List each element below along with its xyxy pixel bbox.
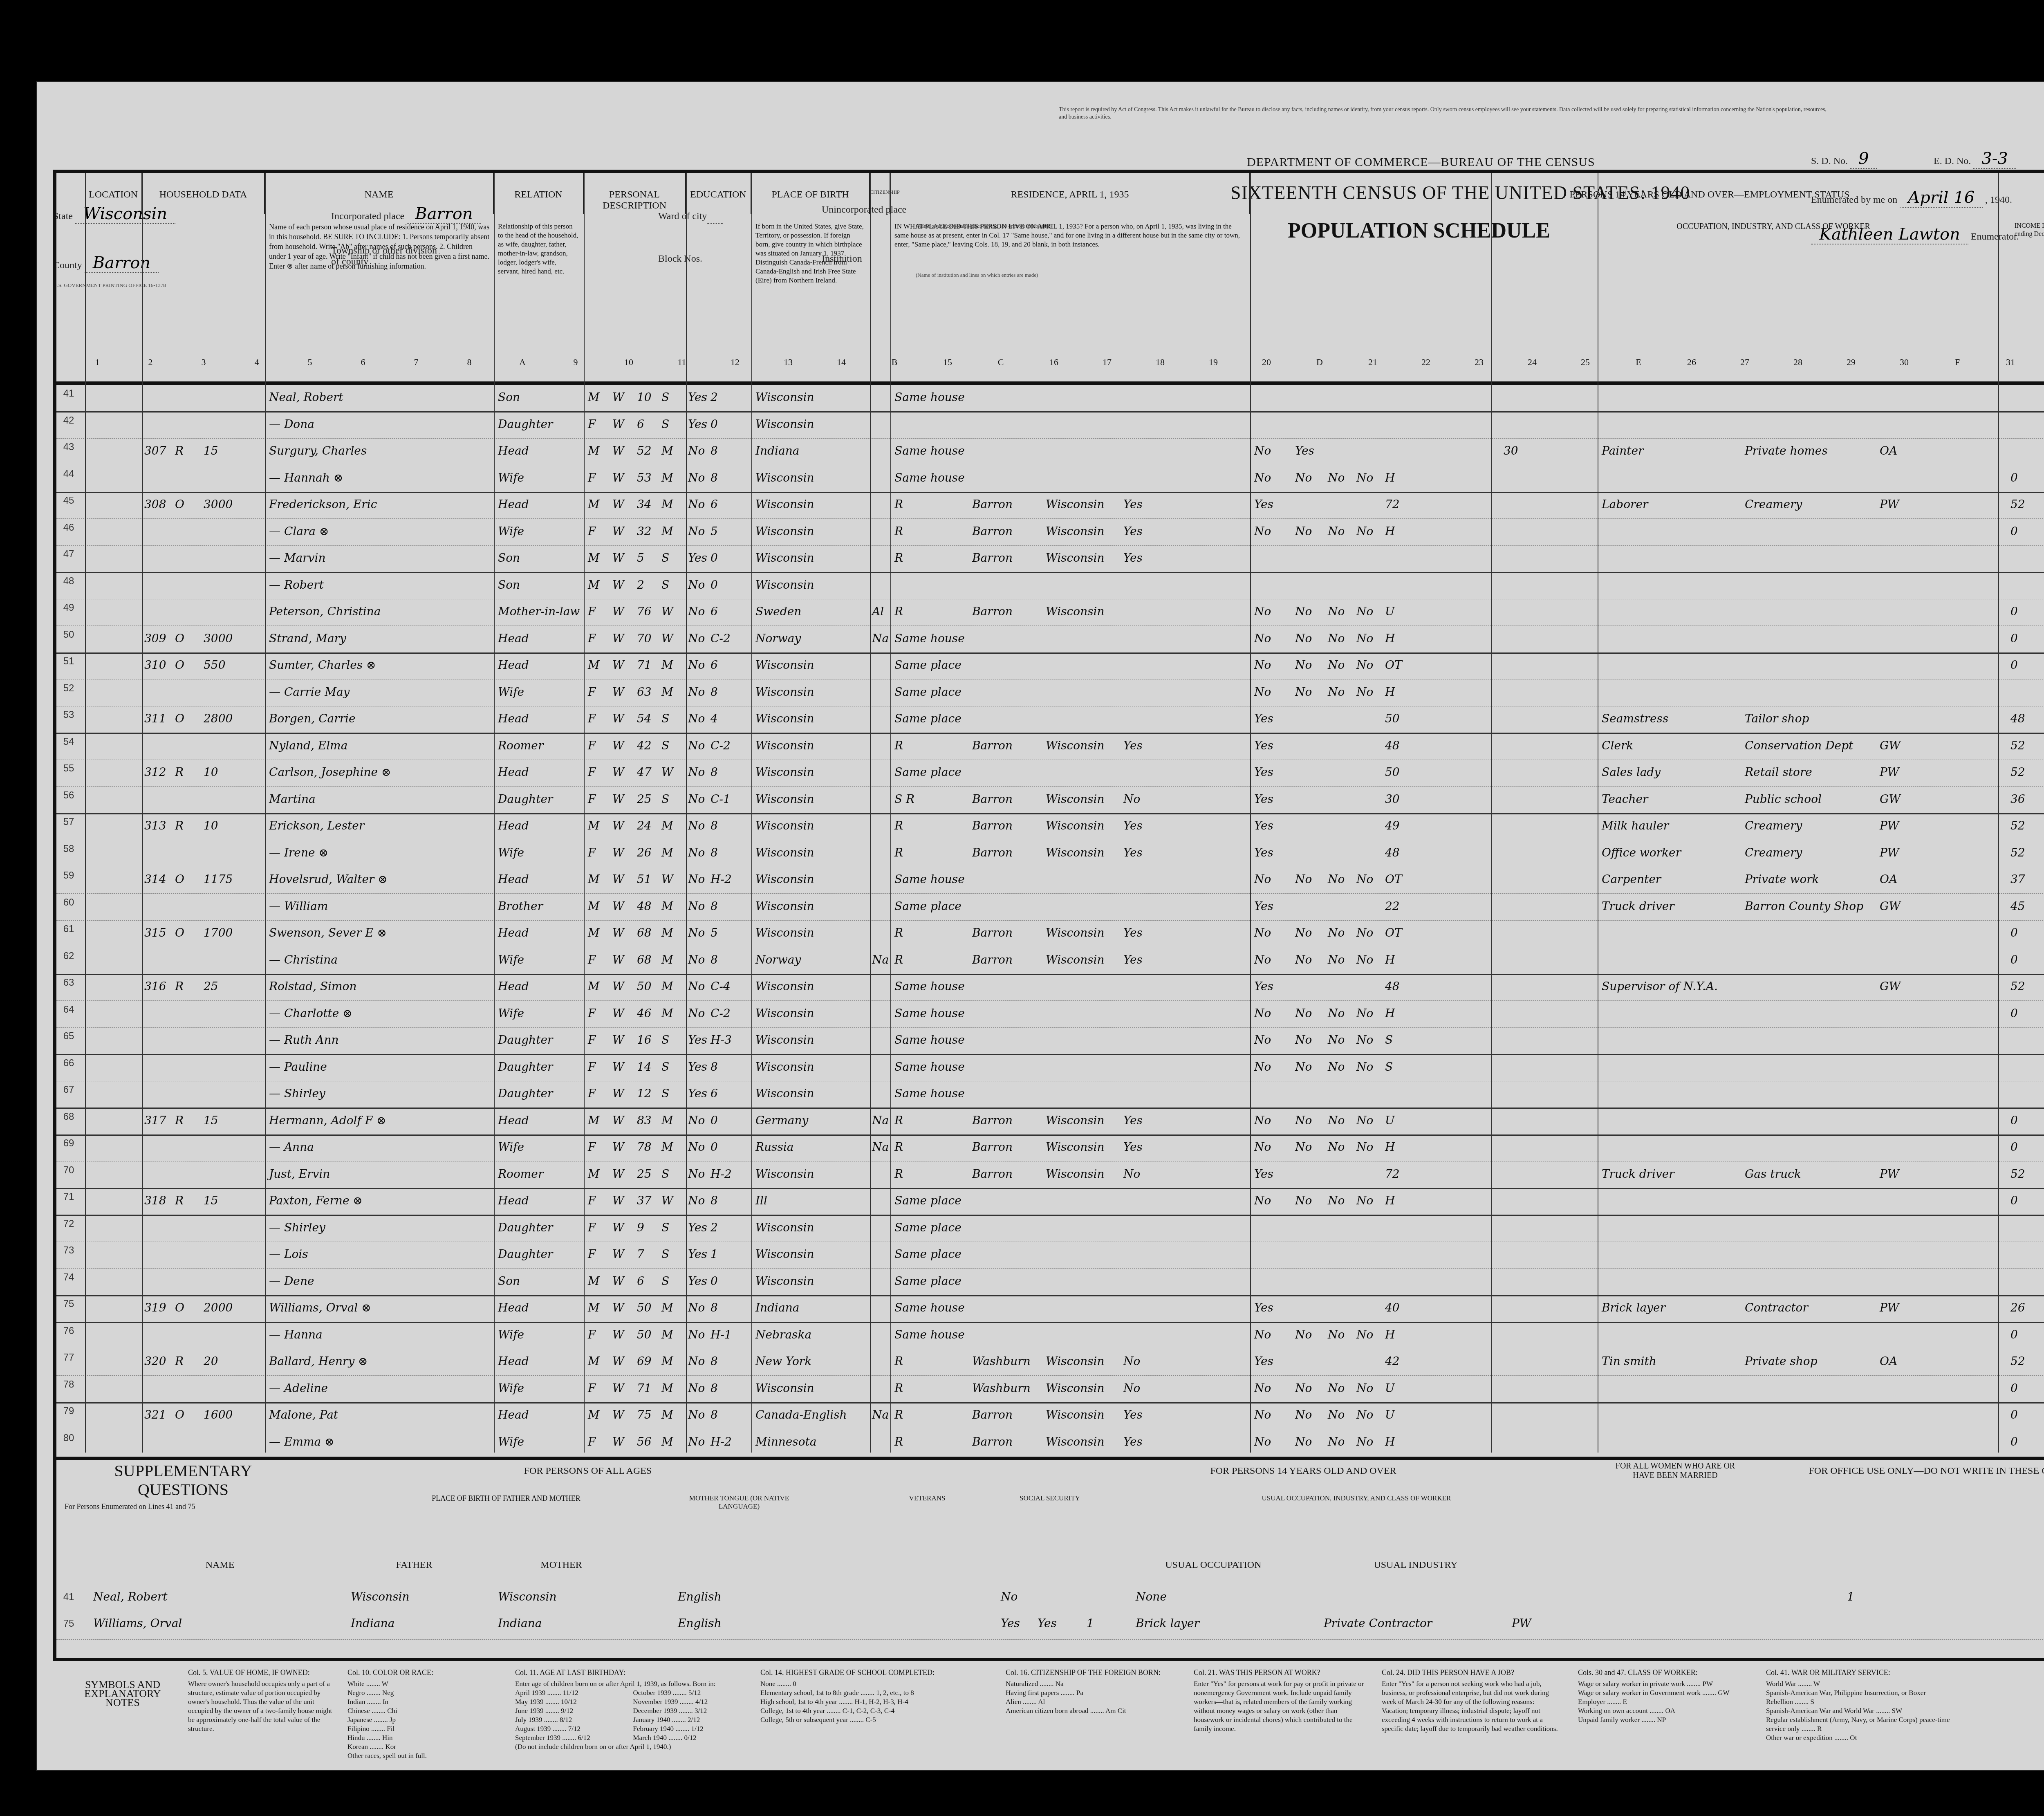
race: W — [612, 846, 624, 859]
marital-status: M — [661, 926, 673, 939]
home-tenure: O — [175, 926, 184, 939]
suppl-mother-label: MOTHER — [490, 1560, 633, 1571]
race: W — [612, 1301, 624, 1314]
person-name: Paxton, Ferne ⊗ — [269, 1194, 363, 1207]
at-work: Yes — [1254, 899, 1273, 913]
residence-county: Barron — [972, 926, 1013, 939]
race: W — [612, 1007, 624, 1020]
school-attendance: No — [688, 632, 705, 645]
age: 75 — [637, 1408, 652, 1421]
birthplace: Wisconsin — [755, 765, 814, 779]
note-item: April 1939 ........ 11/12 — [515, 1688, 626, 1697]
school-attendance: No — [688, 1007, 705, 1020]
person-name: — Dene — [269, 1274, 314, 1288]
column-number: 15 — [939, 357, 956, 368]
line-number: 56 — [61, 790, 77, 801]
ss-header: SOCIAL SECURITY — [997, 1494, 1103, 1502]
grade-completed: H-2 — [710, 872, 732, 886]
column-number: 1 — [89, 357, 105, 368]
hours-code: 50 — [1385, 765, 1400, 779]
note-item: February 1940 ........ 1/12 — [633, 1724, 744, 1733]
line-number: 76 — [61, 1325, 77, 1337]
on-farm: Yes — [1123, 525, 1143, 538]
race: W — [612, 1114, 624, 1127]
grade-completed: 8 — [710, 899, 718, 913]
residence-state: Wisconsin — [1046, 739, 1105, 752]
at-work: Yes — [1254, 712, 1273, 725]
birthplace: Wisconsin — [755, 1274, 814, 1288]
relation: Head — [498, 1114, 529, 1127]
person-name: — Shirley — [269, 1221, 325, 1234]
hours-code: 48 — [1385, 739, 1400, 752]
at-work: Yes — [1254, 846, 1273, 859]
race: W — [612, 765, 624, 779]
note-item: College, 5th or subsequent year ........… — [760, 1715, 989, 1724]
seeking-work: No — [1295, 1007, 1312, 1020]
table-row: 5353311O2800Borgen, CarrieHeadFW54SNo4Wi… — [56, 706, 2044, 734]
veterans-header: VETERANS — [866, 1494, 988, 1502]
note-item: Negro ........ Neg — [347, 1688, 503, 1697]
has-job: No — [1328, 605, 1345, 618]
table-row: 6464— Charlotte ⊗WifeFW46MNoC-2Wisconsin… — [56, 1001, 2044, 1028]
dwelling-number: 308 — [144, 498, 166, 511]
has-job: No — [1328, 1408, 1345, 1421]
on-farm: No — [1123, 792, 1140, 806]
grade-completed: 8 — [710, 1381, 718, 1395]
sex: F — [588, 1033, 596, 1047]
school-attendance: No — [688, 498, 705, 511]
suppl-usual-industry: Private Contractor — [1324, 1616, 1432, 1630]
grade-completed: 0 — [710, 1114, 718, 1127]
weeks-worked: 0 — [2010, 525, 2018, 538]
residence-1935: Same house — [894, 632, 965, 645]
home-value: 15 — [204, 1114, 218, 1127]
relation: Wife — [498, 1140, 524, 1154]
department-title: DEPARTMENT OF COMMERCE—BUREAU OF THE CEN… — [1247, 155, 1595, 169]
residence-1935: Same house — [894, 1060, 965, 1074]
residence-state: Wisconsin — [1046, 1381, 1105, 1395]
has-job: No — [1328, 1140, 1345, 1154]
occupation: Sales lady — [1602, 765, 1661, 779]
supplementary-row: 75 Williams, Orval Indiana Indiana Engli… — [56, 1615, 2044, 1640]
income-column-note: INCOME IN 1939 (12 months ending Decembe… — [2015, 222, 2044, 238]
birthplace: Wisconsin — [755, 1381, 814, 1395]
on-farm: Yes — [1123, 1435, 1143, 1448]
person-name: Malone, Pat — [269, 1408, 338, 1421]
relation: Head — [498, 498, 529, 511]
group-14-over: FOR PERSONS 14 YEARS OLD AND OVER — [997, 1466, 1610, 1477]
person-name: Carlson, Josephine ⊗ — [269, 765, 391, 779]
column-divider — [751, 173, 752, 1453]
ed-value: 3-3 — [1973, 149, 2016, 169]
residence-1935: Same house — [894, 1328, 965, 1341]
column-number: 7 — [408, 357, 424, 368]
person-name: — Lois — [269, 1247, 308, 1261]
explanatory-notes: SYMBOLS AND EXPLANATORY NOTES Col. 5. VA… — [82, 1668, 2044, 1762]
hours-code: 48 — [1385, 980, 1400, 993]
line-number: 52 — [61, 683, 77, 694]
group-personal: PERSONAL DESCRIPTION — [584, 173, 686, 214]
grade-completed: 8 — [710, 471, 718, 484]
seeking-work: No — [1295, 1408, 1312, 1421]
birthplace: Wisconsin — [755, 926, 814, 939]
person-name: — Charlotte ⊗ — [269, 1007, 352, 1020]
birthplace: Wisconsin — [755, 1087, 814, 1100]
person-name: Surgury, Charles — [269, 444, 367, 457]
citizenship: Na — [872, 1114, 889, 1127]
at-work: Yes — [1254, 792, 1273, 806]
activity: No — [1356, 605, 1373, 618]
age: 50 — [637, 1301, 652, 1314]
line-number: 73 — [61, 1245, 77, 1256]
line-number: 46 — [61, 522, 77, 534]
at-work: No — [1254, 926, 1271, 939]
residence-state: Wisconsin — [1046, 1435, 1105, 1448]
marital-status: M — [661, 819, 673, 832]
birthplace: Wisconsin — [755, 1060, 814, 1074]
relation: Head — [498, 658, 529, 672]
grade-completed: 6 — [710, 1087, 718, 1100]
age: 76 — [637, 605, 652, 618]
column-number: 19 — [1205, 357, 1221, 368]
occupation: Painter — [1602, 444, 1643, 457]
marital-status: S — [661, 712, 669, 725]
home-value: 10 — [204, 819, 218, 832]
relation: Head — [498, 872, 529, 886]
hours-code: 42 — [1385, 1354, 1400, 1368]
table-row: 6161315O1700Swenson, Sever E ⊗HeadMW68MN… — [56, 920, 2044, 947]
marital-status: W — [661, 765, 673, 779]
column-number: 14 — [833, 357, 849, 368]
column-number: 18 — [1152, 357, 1168, 368]
industry: Private work — [1745, 872, 1819, 886]
dwelling-number: 315 — [144, 926, 166, 939]
table-row: 6565— Ruth AnnDaughterFW16SYesH-3Wiscons… — [56, 1027, 2044, 1055]
race: W — [612, 1381, 624, 1395]
birthplace: Wisconsin — [755, 498, 814, 511]
table-row: 7676— HannaWifeFW50MNoH-1NebraskaSame ho… — [56, 1322, 2044, 1349]
column-divider — [1998, 173, 1999, 1453]
column-number: 27 — [1737, 357, 1753, 368]
grade-completed: 8 — [710, 1354, 718, 1368]
sex: M — [588, 444, 600, 457]
industry: Creamery — [1745, 846, 1802, 859]
marital-status: M — [661, 899, 673, 913]
at-work: No — [1254, 605, 1271, 618]
has-job: No — [1328, 1033, 1345, 1047]
note-item: Regular establishment (Army, Navy, or Ma… — [1766, 1715, 1954, 1733]
line-number: 72 — [61, 1218, 77, 1230]
note-item: College, 1st to 4th year ........ C-1, C… — [760, 1706, 989, 1715]
activity: No — [1356, 685, 1373, 699]
line-number: 58 — [61, 843, 77, 855]
note-item: Alien ........ Al — [1006, 1697, 1177, 1706]
birthplace: Russia — [755, 1140, 794, 1154]
line-number: 54 — [61, 736, 77, 748]
sex: F — [588, 712, 596, 725]
birthplace: Wisconsin — [755, 685, 814, 699]
race: W — [612, 980, 624, 993]
marital-status: M — [661, 1354, 673, 1368]
on-farm: No — [1123, 1167, 1140, 1181]
line-number: 61 — [61, 924, 77, 935]
school-attendance: No — [688, 1167, 705, 1181]
home-value: 10 — [204, 765, 218, 779]
sex: M — [588, 1354, 600, 1368]
hours-code: H — [1385, 632, 1395, 645]
home-tenure: R — [175, 980, 184, 993]
sex: M — [588, 819, 600, 832]
marital-status: M — [661, 471, 673, 484]
has-job: No — [1328, 1060, 1345, 1074]
weeks-worked: 0 — [2010, 1435, 2018, 1448]
hours-code: H — [1385, 1140, 1395, 1154]
weeks-worked: 0 — [2010, 605, 2018, 618]
school-attendance: No — [688, 899, 705, 913]
seeking-work: No — [1295, 1194, 1312, 1207]
occupation: Carpenter — [1602, 872, 1661, 886]
birthplace: Wisconsin — [755, 899, 814, 913]
sex: F — [588, 471, 596, 484]
sex: M — [588, 498, 600, 511]
birthplace: Wisconsin — [755, 1247, 814, 1261]
birthplace: Wisconsin — [755, 390, 814, 404]
residence-1935: Same place — [894, 712, 961, 725]
hours-code: H — [1385, 1435, 1395, 1448]
column-number: 12 — [727, 357, 743, 368]
relation: Head — [498, 1194, 529, 1207]
class-of-worker: PW — [1880, 846, 1899, 859]
age: 6 — [637, 417, 644, 431]
age: 24 — [637, 819, 652, 832]
birthplace: Indiana — [755, 444, 799, 457]
relation-column-note: Relationship of this person to the head … — [498, 222, 580, 276]
column-number: 8 — [461, 357, 477, 368]
residence-1935: Same house — [894, 980, 965, 993]
name-column-note: Name of each person whose usual place of… — [269, 222, 490, 271]
activity: No — [1356, 1114, 1373, 1127]
residence-1935: R — [894, 739, 903, 752]
grade-completed: 6 — [710, 605, 718, 618]
sex: F — [588, 1247, 596, 1261]
column-divider — [265, 173, 266, 1453]
at-work: No — [1254, 872, 1271, 886]
hours-code: H — [1385, 1194, 1395, 1207]
birthplace: Wisconsin — [755, 1007, 814, 1020]
hours-code: 49 — [1385, 819, 1400, 832]
line-number: 47 — [61, 549, 77, 560]
race: W — [612, 1328, 624, 1341]
residence-1935: Same house — [894, 1033, 965, 1047]
school-attendance: No — [688, 926, 705, 939]
person-name: Neal, Robert — [269, 390, 343, 404]
column-divider — [1491, 173, 1492, 1453]
relation: Wife — [498, 685, 524, 699]
grade-completed: H-2 — [710, 1435, 732, 1448]
race: W — [612, 605, 624, 618]
note-col10: Col. 10. COLOR OR RACE:White ........ WN… — [347, 1668, 503, 1760]
sex: F — [588, 765, 596, 779]
school-attendance: No — [688, 953, 705, 966]
grade-completed: 0 — [710, 551, 718, 565]
on-farm: Yes — [1123, 846, 1143, 859]
class-of-worker: OA — [1880, 1354, 1897, 1368]
seeking-work: No — [1295, 471, 1312, 484]
column-number: 20 — [1258, 357, 1275, 368]
citizenship: Al — [872, 605, 884, 618]
citizenship: Na — [872, 953, 889, 966]
at-work: No — [1254, 1194, 1271, 1207]
table-row: 7777320R20Ballard, Henry ⊗HeadMW69MNo8Ne… — [56, 1349, 2044, 1376]
hours-code: 48 — [1385, 846, 1400, 859]
line-number: 77 — [61, 1352, 77, 1363]
occupation: Truck driver — [1602, 899, 1674, 913]
line-number: 80 — [61, 1433, 77, 1444]
residence-county: Washburn — [972, 1381, 1031, 1395]
relation: Roomer — [498, 1167, 543, 1181]
table-row: 5757313R10Erickson, LesterHeadMW24MNo8Wi… — [56, 813, 2044, 840]
sex: M — [588, 899, 600, 913]
home-tenure: R — [175, 1114, 184, 1127]
table-row: 7979321O1600Malone, PatHeadMW75MNo8Canad… — [56, 1402, 2044, 1429]
at-work: Yes — [1254, 819, 1273, 832]
age: 83 — [637, 1114, 652, 1127]
birthplace: Wisconsin — [755, 551, 814, 565]
at-work: Yes — [1254, 1167, 1273, 1181]
note-item: High school, 1st to 4th year ........ H-… — [760, 1697, 989, 1706]
activity: No — [1356, 471, 1373, 484]
note-item: December 1939 ........ 3/12 — [633, 1706, 744, 1715]
sex: F — [588, 1140, 596, 1154]
residence-county: Barron — [972, 739, 1013, 752]
line-number: 78 — [61, 1379, 77, 1390]
relation: Head — [498, 712, 529, 725]
dwelling-number: 319 — [144, 1301, 166, 1314]
relation: Daughter — [498, 1060, 553, 1074]
group-household: HOUSEHOLD DATA — [142, 173, 265, 214]
birthplace: Sweden — [755, 605, 801, 618]
school-attendance: Yes — [688, 1274, 707, 1288]
race: W — [612, 1194, 624, 1207]
relation: Head — [498, 819, 529, 832]
home-value: 15 — [204, 444, 218, 457]
note-item: World War ........ W — [1766, 1679, 1954, 1688]
person-name: Sumter, Charles ⊗ — [269, 658, 376, 672]
marital-status: S — [661, 1247, 669, 1261]
seeking-work: No — [1295, 1435, 1312, 1448]
school-attendance: Yes — [688, 1060, 707, 1074]
seeking-work: No — [1295, 1381, 1312, 1395]
dwelling-number: 309 — [144, 632, 166, 645]
marital-status: S — [661, 792, 669, 806]
relation: Mother-in-law — [498, 605, 580, 618]
sex: M — [588, 551, 600, 565]
person-name: — Anna — [269, 1140, 314, 1154]
grade-completed: C-4 — [710, 980, 731, 993]
relation: Son — [498, 551, 520, 565]
supplementary-questions: SUPPLEMENTARY QUESTIONS For Persons Enum… — [53, 1453, 2044, 1661]
home-tenure: R — [175, 819, 184, 832]
weeks-worked: 52 — [2010, 498, 2025, 511]
dwelling-number: 317 — [144, 1114, 166, 1127]
residence-1935: R — [894, 1354, 903, 1368]
seeking-work: No — [1295, 1060, 1312, 1074]
home-value: 2000 — [204, 1301, 233, 1314]
column-number: 30 — [1896, 357, 1912, 368]
has-job: No — [1328, 525, 1345, 538]
class-of-worker: GW — [1880, 792, 1901, 806]
age: 26 — [637, 846, 652, 859]
residence-1935: Same place — [894, 685, 961, 699]
marital-status: W — [661, 632, 673, 645]
home-tenure: R — [175, 444, 184, 457]
residence-1935: Same house — [894, 872, 965, 886]
age: 50 — [637, 1328, 652, 1341]
dwelling-number: 314 — [144, 872, 166, 886]
occupation: Office worker — [1602, 846, 1681, 859]
notes-title: SYMBOLS AND EXPLANATORY NOTES — [82, 1680, 164, 1707]
at-work: No — [1254, 1114, 1271, 1127]
person-name: Frederickson, Eric — [269, 498, 377, 511]
group-all-ages: FOR PERSONS OF ALL AGES — [343, 1466, 833, 1477]
column-number: 4 — [249, 357, 265, 368]
class-of-worker: GW — [1880, 739, 1901, 752]
residence-1935: R — [894, 1381, 903, 1395]
note-item: Hindu ........ Hin — [347, 1733, 503, 1742]
table-row: 4848— RobertSonMW2SNo0Wisconsin — [56, 572, 2044, 599]
note-item: March 1940 ........ 0/12 — [633, 1733, 744, 1742]
home-tenure: R — [175, 765, 184, 779]
birthplace: Indiana — [755, 1301, 799, 1314]
birthplace: Wisconsin — [755, 658, 814, 672]
residence-state: Wisconsin — [1046, 525, 1105, 538]
birthplace: Wisconsin — [755, 471, 814, 484]
suppl-mother-birth: Wisconsin — [498, 1590, 557, 1603]
residence-1935: Same house — [894, 1087, 965, 1100]
group-birthplace: PLACE OF BIRTH — [751, 173, 870, 214]
age: 63 — [637, 685, 652, 699]
race: W — [612, 792, 624, 806]
age: 78 — [637, 1140, 652, 1154]
line-number: 59 — [61, 870, 77, 881]
sex: F — [588, 685, 596, 699]
school-attendance: No — [688, 1301, 705, 1314]
occupation: Milk hauler — [1602, 819, 1669, 832]
birthplace: Canada-English — [755, 1408, 847, 1421]
class-of-worker: PW — [1880, 1167, 1899, 1181]
person-name: Strand, Mary — [269, 632, 346, 645]
residence-1935: Same place — [894, 1247, 961, 1261]
marital-status: M — [661, 953, 673, 966]
has-job: No — [1328, 1114, 1345, 1127]
suppl-mother-birth: Indiana — [498, 1616, 542, 1630]
birthplace: Ill — [755, 1194, 767, 1207]
hours-code: 50 — [1385, 712, 1400, 725]
school-attendance: No — [688, 712, 705, 725]
person-name: — Pauline — [269, 1060, 327, 1074]
residence-state: Wisconsin — [1046, 819, 1105, 832]
suppl-usual-occupation: Brick layer — [1136, 1616, 1199, 1630]
line-number: 68 — [61, 1111, 77, 1123]
note-col21: Col. 21. WAS THIS PERSON AT WORK?Enter "… — [1194, 1668, 1365, 1733]
relation: Head — [498, 1301, 529, 1314]
hours-code: 22 — [1385, 899, 1400, 913]
person-name: Erickson, Lester — [269, 819, 364, 832]
line-number: 43 — [61, 442, 77, 453]
on-farm: Yes — [1123, 819, 1143, 832]
race: W — [612, 739, 624, 752]
table-row: 5050309O3000Strand, MaryHeadFW70WNoC-2No… — [56, 626, 2044, 654]
